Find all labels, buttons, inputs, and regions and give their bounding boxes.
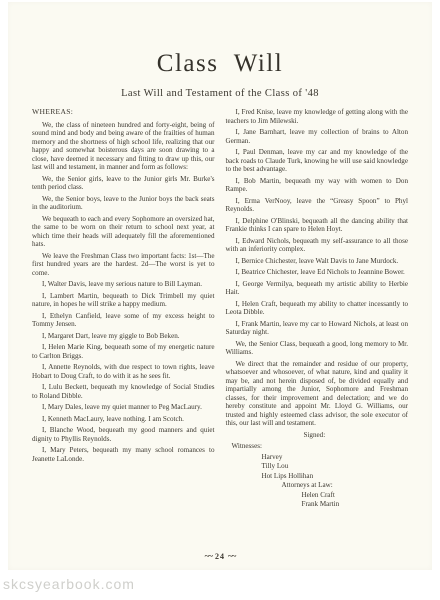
page-number: ~~ 24 ~~ [0,551,440,561]
paragraph: I, Mary Dales, leave my quiet manner to … [32,403,215,412]
page-number-decoration-left: ~~ [205,551,212,561]
left-column: WHEREAS:We, the class of nineteen hundre… [32,108,215,510]
paragraph: I, Mary Peters, bequeath my many school … [32,446,215,463]
paragraph: I, Lambert Martin, bequeath to Dick Trim… [32,292,215,309]
paragraph: Signed: [304,431,409,440]
paragraph: I, George Vermilya, bequeath my artistic… [226,280,409,297]
paragraph: We, the Senior boys, leave to the Junior… [32,195,215,212]
paragraph: We, the Senior Class, bequeath a good, l… [226,340,409,357]
paragraph: We leave the Freshman Class two importan… [32,252,215,278]
paragraph: WHEREAS: [32,108,215,117]
paragraph: I, Fred Knise, leave my knowledge of get… [226,108,409,125]
paragraph: I, Lulu Beckett, bequeath my knowledge o… [32,383,215,400]
two-column-text: WHEREAS:We, the class of nineteen hundre… [8,99,432,510]
page-number-value: 24 [215,552,225,561]
paragraph: Harvey [262,453,409,462]
paragraph: We, the class of nineteen hundred and fo… [32,121,215,172]
paragraph: We, the Senior girls, leave to the Junio… [32,175,215,192]
paragraph: I, Erma VerNooy, leave the “Greasy Spoon… [226,197,409,214]
paragraph: Helen Craft [302,491,409,500]
paragraph: I, Edward Nichols, bequeath my self-assu… [226,237,409,254]
page-title: Class Will [8,2,432,78]
watermark: skcsyearbook.com [3,576,135,592]
yearbook-page: Class Will Last Will and Testament of th… [8,2,432,570]
right-column: I, Fred Knise, leave my knowledge of get… [226,108,409,510]
paragraph: We direct that the remainder and residue… [226,360,409,428]
paragraph: I, Delphine O'Blinski, bequeath all the … [226,217,409,234]
paragraph: I, Annette Reynolds, with due respect to… [32,363,215,380]
page-subtitle: Last Will and Testament of the Class of … [8,88,432,99]
paragraph: I, Kenneth MacLaury, leave nothing. I am… [32,415,215,424]
paragraph: I, Margaret Dart, leave my giggle to Bob… [32,332,215,341]
paragraph: Attorneys at Law: [282,481,409,490]
paragraph: I, Frank Martin, leave my car to Howard … [226,320,409,337]
paragraph: I, Beatrice Chichester, leave Ed Nichols… [226,268,409,277]
paragraph: Tilly Lou [262,462,409,471]
paragraph: I, Jane Barnhart, leave my collection of… [226,128,409,145]
paragraph: I, Paul Denman, leave my car and my know… [226,148,409,174]
page-number-decoration-right: ~~ [228,551,235,561]
paragraph: We bequeath to each and every Sophomore … [32,215,215,249]
paragraph: I, Bob Martin, bequeath my way with wome… [226,177,409,194]
paragraph: I, Helen Marie King, bequeath some of my… [32,343,215,360]
paragraph: Frank Martin [302,500,409,509]
paragraph: I, Bernice Chichester, leave Walt Davis … [226,257,409,266]
paragraph: Hot Lips Hollihan [262,472,409,481]
paragraph: I, Blanche Wood, bequeath my good manner… [32,426,215,443]
paragraph: I, Ethelyn Canfield, leave some of my ex… [32,312,215,329]
paragraph: I, Helen Craft, bequeath my ability to c… [226,300,409,317]
paragraph: Witnesses: [232,442,409,451]
paragraph: I, Walter Davis, leave my serious nature… [32,280,215,289]
